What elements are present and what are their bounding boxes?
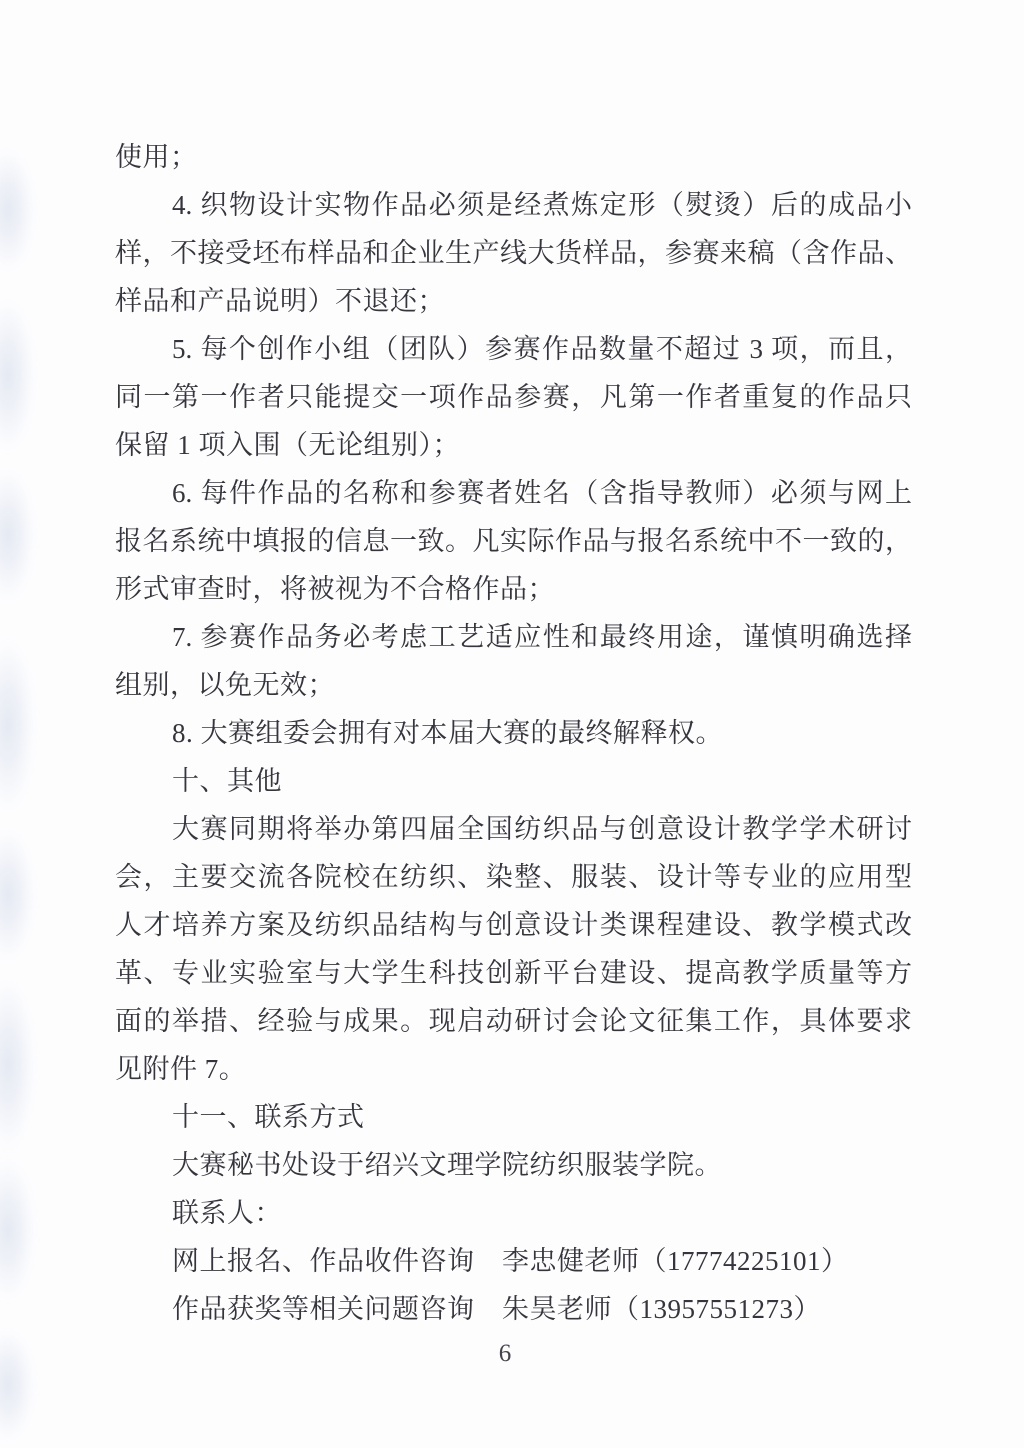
scan-smudge bbox=[0, 830, 34, 960]
scan-smudge bbox=[0, 470, 34, 600]
scan-smudge bbox=[0, 980, 34, 1150]
doc-line: 革、专业实验室与大学生科技创新平台建设、提高教学质量等方 bbox=[115, 949, 912, 997]
scan-smudge bbox=[0, 300, 34, 450]
doc-line: 见附件 7。 bbox=[115, 1045, 912, 1093]
doc-line: 4. 织物设计实物作品必须是经煮炼定形（熨烫）后的成品小 bbox=[115, 181, 912, 229]
document-body: 使用； 4. 织物设计实物作品必须是经煮炼定形（熨烫）后的成品小 样，不接受坯布… bbox=[115, 133, 912, 1333]
doc-line: 大赛同期将举办第四届全国纺织品与创意设计教学学术研讨 bbox=[115, 805, 912, 853]
doc-line: 组别，以免无效； bbox=[115, 661, 912, 709]
doc-line: 保留 1 项入围（无论组别）； bbox=[115, 421, 912, 469]
doc-line: 形式审查时，将被视为不合格作品； bbox=[115, 565, 912, 613]
scanned-document-page: 使用； 4. 织物设计实物作品必须是经煮炼定形（熨烫）后的成品小 样，不接受坯布… bbox=[0, 0, 1024, 1448]
doc-line: 6. 每件作品的名称和参赛者姓名（含指导教师）必须与网上 bbox=[115, 469, 912, 517]
doc-line: 使用； bbox=[115, 133, 912, 181]
doc-line: 5. 每个创作小组（团队）参赛作品数量不超过 3 项，而且， bbox=[115, 325, 912, 373]
scan-smudge bbox=[0, 640, 34, 810]
doc-line: 人才培养方案及纺织品结构与创意设计类课程建设、教学模式改 bbox=[115, 901, 912, 949]
page-number: 6 bbox=[0, 1340, 1010, 1368]
doc-line: 7. 参赛作品务必考虑工艺适应性和最终用途，谨慎明确选择 bbox=[115, 613, 912, 661]
doc-line-contact: 作品获奖等相关问题咨询 朱昊老师（13957551273） bbox=[115, 1285, 912, 1333]
doc-line: 报名系统中填报的信息一致。凡实际作品与报名系统中不一致的， bbox=[115, 517, 912, 565]
doc-line-section-heading: 十一、联系方式 bbox=[115, 1093, 912, 1141]
scan-edge-artifacts bbox=[0, 0, 70, 1448]
doc-line-contact: 网上报名、作品收件咨询 李忠健老师（17774225101） bbox=[115, 1237, 912, 1285]
doc-line: 8. 大赛组委会拥有对本届大赛的最终解释权。 bbox=[115, 709, 912, 757]
doc-line: 面的举措、经验与成果。现启动研讨会论文征集工作，具体要求 bbox=[115, 997, 912, 1045]
doc-line: 样，不接受坯布样品和企业生产线大货样品，参赛来稿（含作品、 bbox=[115, 229, 912, 277]
doc-line-section-heading: 十、其他 bbox=[115, 757, 912, 805]
doc-line: 联系人： bbox=[115, 1189, 912, 1237]
doc-line: 会，主要交流各院校在纺织、染整、服装、设计等专业的应用型 bbox=[115, 853, 912, 901]
scan-smudge bbox=[0, 1160, 34, 1300]
doc-line: 样品和产品说明）不退还； bbox=[115, 277, 912, 325]
doc-line: 大赛秘书处设于绍兴文理学院纺织服装学院。 bbox=[115, 1141, 912, 1189]
doc-line: 同一第一作者只能提交一项作品参赛，凡第一作者重复的作品只 bbox=[115, 373, 912, 421]
scan-smudge bbox=[0, 150, 34, 270]
